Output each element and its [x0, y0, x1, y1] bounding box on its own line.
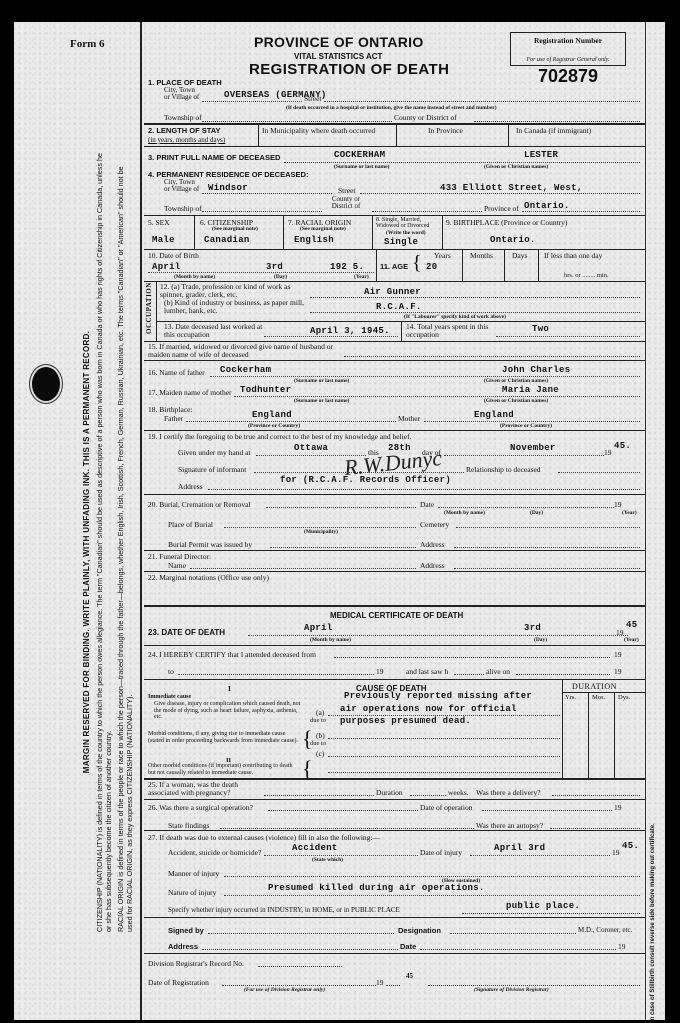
last-worked-label: 13. Date deceased last worked at this oc…	[164, 323, 264, 338]
given-year-prefix: 19	[604, 448, 612, 457]
mother-birthplace: England	[474, 410, 514, 420]
form-number: Form 6	[70, 38, 105, 50]
funeral-name-label: Name	[168, 561, 186, 570]
racial-origin-note: RACIAL ORIGIN is defined in terms of the…	[116, 152, 134, 952]
injury-date-value: April 3rd	[494, 843, 545, 853]
occupation-side-label: OCCUPATION	[145, 282, 153, 334]
death-year: 45	[626, 620, 637, 630]
hospital-note: (If death occurred in a hospital or inst…	[286, 105, 497, 111]
duration-dys: Dys.	[618, 694, 630, 701]
marginal-notations-label: 22. Marginal notations (Office use only)	[148, 573, 269, 582]
act-title: VITAL STATISTICS ACT	[294, 52, 382, 61]
age-label: 11. AGE	[380, 262, 408, 271]
alive-on-label: alive on	[486, 667, 510, 676]
month-caption: (Month by name)	[174, 274, 215, 280]
death-registration-form: PROVINCE OF ONTARIO VITAL STATISTICS ACT…	[144, 22, 646, 1020]
residence-province-label: Province of	[484, 204, 519, 213]
mother-surname: Todhunter	[240, 385, 291, 395]
township-label: Township of	[164, 113, 202, 122]
mother-bp-caption: (Province or Country)	[500, 423, 552, 429]
signoff-address-label: Address	[168, 942, 198, 951]
nature-value: Presumed killed during air operations.	[268, 883, 485, 893]
parent-birthplace-label: 18. Birthplace:	[148, 405, 193, 414]
registration-number: 702879	[538, 66, 598, 87]
duration-yrs: Yrs.	[565, 694, 576, 701]
given-year: 45.	[614, 441, 631, 451]
burial-day-caption: (Day)	[530, 510, 543, 516]
deceased-surname: COCKERHAM	[334, 150, 385, 160]
accident-value: Accident	[292, 843, 338, 853]
death-month: April	[304, 623, 333, 633]
attended-certify-label: 24. I HEREBY CERTIFY that I attended dec…	[148, 650, 316, 659]
last-worked-value: April 3, 1945.	[310, 326, 390, 336]
father-surname-caption: (Surname or last name)	[294, 378, 349, 384]
dob-label: 10. Date of Birth	[148, 251, 199, 260]
burial-month-caption: (Month by name)	[444, 510, 485, 516]
father-label: 16. Name of father	[148, 368, 205, 377]
injury-year-prefix: 19	[612, 848, 620, 857]
registration-box-label: Registration Number	[511, 33, 625, 45]
father-surname: Cockerham	[220, 365, 271, 375]
due-to-label-1: due to	[310, 717, 326, 724]
immediate-cause-label: Immediate cause	[148, 694, 191, 700]
registration-year-mark: 45	[406, 972, 413, 980]
age-brace: {	[412, 252, 422, 274]
due-to-label-2: due to	[310, 740, 326, 747]
birthplace-label: 9. BIRTHPLACE (Province or Country)	[446, 218, 567, 227]
father-given-caption: (Given or Christian names)	[484, 378, 548, 384]
father-birthplace-label: Father	[164, 414, 183, 423]
deceased-given-name: LESTER	[524, 150, 558, 160]
date-of-death-label: 23. DATE OF DEATH	[148, 628, 225, 637]
registration-number-box: Registration Number For use of Registrar…	[510, 32, 626, 66]
trade-label: 12. (a) Trade, profession or kind of wor…	[160, 283, 310, 298]
residence-township-label: Township of	[164, 204, 202, 213]
surname-caption: (Surname or last name)	[334, 164, 389, 170]
full-name-label: 3. PRINT FULL NAME OF DECEASED	[148, 153, 280, 162]
alive-on-year: 19	[614, 667, 622, 676]
day-caption: (Day)	[274, 274, 287, 280]
citizenship-value: Canadian	[204, 235, 250, 245]
findings-label: State findings	[168, 821, 209, 830]
citizenship-note: CITIZENSHIP (NATIONALITY) is defined in …	[95, 152, 113, 952]
duration-heading: DURATION	[572, 682, 617, 691]
mother-given-caption: (Given or Christian names)	[484, 398, 548, 404]
birthplace-value: Ontario.	[490, 235, 536, 245]
stay-municipality-label: In Municipality where death occurred	[262, 126, 375, 135]
year-caption: (Year)	[354, 274, 369, 280]
given-at-city: Ottawa	[294, 443, 328, 453]
margin-notes: MARGIN RESERVED FOR BINDING. WRITE PLAIN…	[82, 152, 142, 952]
duration-mos: Mos.	[592, 694, 605, 701]
autopsy-label: Was there an autopsy?	[476, 821, 543, 830]
residence-street-label: Street	[338, 186, 356, 195]
place-of-burial-label: Place of Burial	[168, 520, 213, 529]
death-registration-page: Form 6 MARGIN RESERVED FOR BINDING. WRIT…	[14, 22, 665, 1020]
stay-canada-label: In Canada (if immigrant)	[516, 126, 591, 135]
morbid-conditions-desc: Morbid conditions, if any, giving rise t…	[148, 731, 300, 745]
morbid-brace: {	[302, 726, 313, 752]
province-title: PROVINCE OF ONTARIO	[254, 34, 424, 50]
attended-to-label: to	[168, 667, 174, 676]
dob-month: April	[152, 262, 181, 272]
given-month: November	[510, 443, 556, 453]
record-no-label: Division Registrar's Record No.	[148, 959, 244, 968]
residence-county-label: County or District of	[322, 196, 370, 210]
cause-line-3: purposes presumed dead.	[340, 716, 471, 726]
signed-by-label: Signed by	[168, 926, 204, 935]
cause-line-1: Previously reported missing after	[344, 691, 532, 701]
residence-city-label: City, Town or Village of	[164, 179, 200, 193]
stay-province-label: In Province	[428, 126, 463, 135]
burial-year-prefix: 19	[614, 500, 622, 509]
informant-title: for (R.C.A.F. Records Officer)	[280, 475, 451, 485]
sex-label: 5. SEX	[148, 218, 170, 227]
years-label: Years	[434, 251, 451, 260]
burial-date-label: Date	[420, 500, 434, 509]
days-label: Days	[512, 251, 527, 260]
manner-label: Manner of injury	[168, 869, 219, 878]
cause-b-label: (b)	[316, 731, 325, 740]
cause-a-label: (a)	[316, 708, 324, 717]
relationship-label: Relationship to deceased	[466, 465, 541, 474]
municipality-caption: (Municipality)	[304, 529, 338, 535]
weeks-label: weeks.	[448, 788, 469, 797]
death-day-caption: (Day)	[534, 637, 547, 643]
cemetery-label: Cemetery	[420, 520, 449, 529]
cause-line-2: air operations now for official	[340, 704, 517, 714]
column-i-label: I	[228, 684, 231, 693]
permit-address-label: Address	[420, 540, 445, 549]
death-month-caption: (Month by name)	[310, 637, 351, 643]
street-label: Street	[304, 94, 322, 103]
binding-note: MARGIN RESERVED FOR BINDING. WRITE PLAIN…	[82, 152, 91, 952]
md-coroner-label: M.D., Coroner, etc.	[578, 926, 632, 934]
total-years-label: 14. Total years spent in this occupation	[406, 323, 496, 338]
nature-label: Nature of injury	[168, 888, 216, 897]
mother-given: Maria Jane	[502, 385, 559, 395]
city-label: City, Town or Village of	[164, 87, 200, 101]
last-saw-label: and last saw h	[406, 667, 448, 676]
funeral-director-label: 21. Funeral Director:	[148, 552, 211, 561]
operation-date-label: Date of operation	[420, 803, 472, 812]
mother-birthplace-label: Mother	[398, 414, 420, 423]
marital-note: (Write the word)	[386, 230, 426, 236]
medical-certificate-heading: MEDICAL CERTIFICATE OF DEATH	[330, 611, 463, 620]
father-bp-caption: (Province or Country)	[248, 423, 300, 429]
registration-box-note: For use of Registrar General only.	[511, 57, 625, 63]
punch-hole	[32, 367, 60, 401]
page-title: REGISTRATION OF DEATH	[249, 61, 449, 78]
death-day: 3rd	[524, 623, 541, 633]
registration-year-prefix: 19	[376, 978, 384, 987]
trade-value: Air Gunner	[364, 287, 421, 297]
death-year-prefix: 19	[616, 628, 624, 637]
death-year-caption: (Year)	[624, 637, 639, 643]
attended-to-year: 19	[376, 667, 384, 676]
total-years-value: Two	[532, 324, 549, 334]
residence-city: Windsor	[208, 183, 248, 193]
father-given: John Charles	[502, 365, 570, 375]
injury-date-label: Date of injury	[420, 848, 462, 857]
burial-permit-label: Burial Permit was issued by	[168, 540, 252, 549]
spouse-label: 15. If married, widowed or divorced give…	[148, 343, 348, 358]
industry-label: (b) Kind of industry or business, as pap…	[164, 299, 310, 314]
surgery-label: 26. Was there a surgical operation?	[148, 803, 253, 812]
mother-surname-caption: (Surname or last name)	[294, 398, 349, 404]
dob-day: 3rd	[266, 262, 283, 272]
length-of-stay-label: 2. LENGTH OF STAY	[148, 126, 221, 135]
burial-label: 20. Burial, Cremation or Removal	[148, 500, 250, 509]
certify-statement: 19. I certify the foregoing to be true a…	[148, 432, 411, 441]
dob-year: 192 5.	[330, 262, 364, 272]
binding-margin: Form 6 MARGIN RESERVED FOR BINDING. WRIT…	[14, 22, 142, 1020]
marital-value: Single	[384, 237, 418, 247]
less-than-day-label: If less than one day	[544, 251, 602, 260]
father-birthplace: England	[252, 410, 292, 420]
residence-province: Ontario.	[524, 201, 570, 211]
cause-c-label: (c)	[316, 749, 324, 758]
delivery-label: Was there a delivery?	[476, 788, 541, 797]
designation-label: Designation	[398, 926, 441, 935]
signature-label: Signature of informant	[178, 465, 246, 474]
citizenship-note-ref: (See marginal note)	[212, 226, 258, 232]
injury-place-label: Specify whether injury occurred in INDUS…	[168, 906, 400, 914]
labourer-note: (If "Labourer" specify kind of work abov…	[404, 314, 506, 320]
sex-value: Male	[152, 235, 175, 245]
given-under-hand-label: Given under my hand at	[178, 448, 250, 457]
county-label: County or District of	[394, 113, 457, 122]
registration-date-label: Date of Registration	[148, 978, 209, 987]
pregnancy-label: 25. If a woman, was the death associated…	[148, 781, 268, 796]
pregnancy-duration-label: Duration	[376, 788, 403, 797]
hrs-min-label: hrs. or ........ min.	[564, 272, 609, 279]
state-which-caption: (State which)	[312, 857, 343, 863]
months-label: Months	[470, 251, 493, 260]
external-causes-label: 27. If death was due to external causes …	[148, 833, 380, 842]
immediate-cause-desc: Give disease, injury or complication whi…	[154, 701, 304, 721]
right-margin-strip: In case of Stillbirth consult reverse si…	[648, 22, 665, 1020]
racial-origin-value: English	[294, 235, 334, 245]
injury-year: 45.	[622, 841, 639, 851]
stillbirth-note: In case of Stillbirth consult reverse si…	[650, 562, 656, 1022]
signoff-year-prefix: 19	[618, 942, 626, 951]
length-of-stay-sub: (in years, months and days)	[148, 136, 225, 144]
industry-value: R.C.A.F.	[376, 302, 422, 312]
racial-note-ref: (See marginal note)	[300, 226, 346, 232]
burial-year-caption: (Year)	[622, 510, 637, 516]
residence-street: 433 Elliott Street, West,	[440, 183, 583, 193]
informant-address-label: Address	[178, 482, 203, 491]
accident-label: Accident, suicide or homicide?	[168, 848, 261, 857]
attended-from-year: 19	[614, 650, 622, 659]
other-conditions-desc: Other morbid conditions (if important) c…	[148, 763, 300, 777]
funeral-address-label: Address	[420, 561, 445, 570]
given-caption: (Given or Christian names)	[484, 164, 548, 170]
age-years: 20	[426, 262, 437, 272]
mother-label: 17. Maiden name of mother	[148, 388, 232, 397]
registrar-signature-caption: (Signature of Division Registrar)	[474, 987, 549, 993]
form-header: PROVINCE OF ONTARIO VITAL STATISTICS ACT…	[144, 22, 645, 108]
marital-label: 8. Single, Married, Widowed or Divorced	[376, 217, 440, 229]
division-only-caption: (For use of Division Registrar only)	[244, 987, 325, 993]
operation-year-prefix: 19	[614, 803, 622, 812]
injury-place-value: public place.	[506, 901, 580, 911]
signoff-date-label: Date	[400, 942, 416, 951]
